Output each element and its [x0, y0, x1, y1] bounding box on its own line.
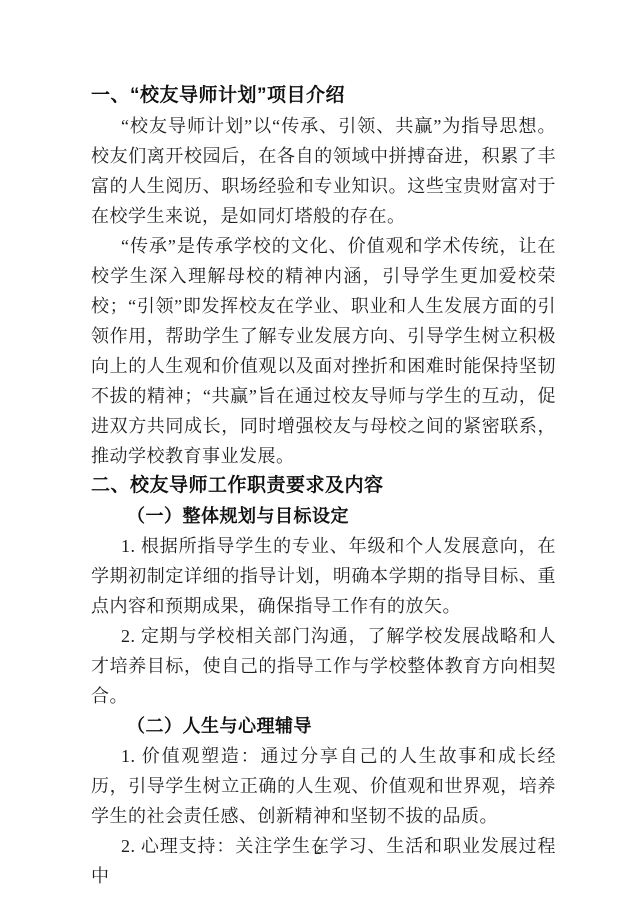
section-1-heading: 一、“校友导师计划”项目介绍 [91, 81, 556, 111]
paragraph-intro-1: “校友导师计划”以“传承、引领、共赢”为指导思想。校友们离开校园后，在各自的领域… [91, 111, 556, 231]
document-page: 一、“校友导师计划”项目介绍 “校友导师计划”以“传承、引领、共赢”为指导思想。… [91, 81, 556, 891]
section-2-heading: 二、校友导师工作职责要求及内容 [91, 471, 556, 501]
paragraph-planning-2: 2. 定期与学校相关部门沟通，了解学校发展战略和人才培养目标，使自己的指导工作与… [91, 621, 556, 711]
paragraph-planning-1: 1. 根据所指导学生的专业、年级和个人发展意向，在学期初制定详细的指导计划，明确… [91, 531, 556, 621]
paragraph-counseling-2: 2. 心理支持：关注学生在学习、生活和职业发展过程中 [91, 831, 556, 891]
paragraph-counseling-1: 1. 价值观塑造：通过分享自己的人生故事和成长经历，引导学生树立正确的人生观、价… [91, 741, 556, 831]
subsection-2-heading: （二）人生与心理辅导 [91, 711, 556, 741]
page-number: 2 [0, 842, 636, 859]
subsection-1-heading: （一）整体规划与目标设定 [91, 501, 556, 531]
paragraph-intro-2: “传承”是传承学校的文化、价值观和学术传统，让在校学生深入理解母校的精神内涵，引… [91, 231, 556, 471]
